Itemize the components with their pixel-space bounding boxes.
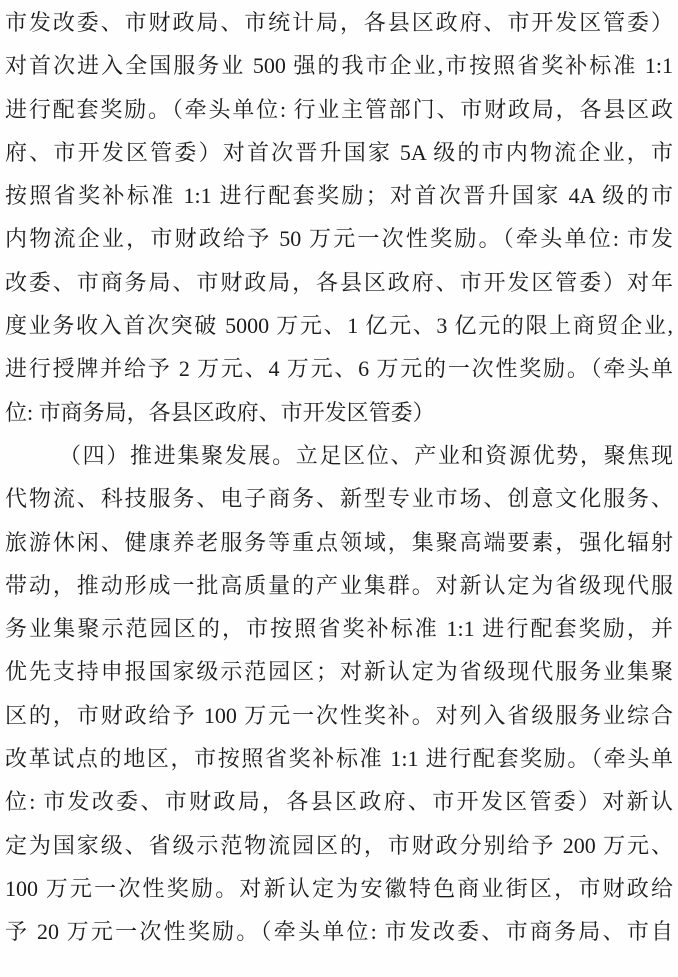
text-line: 旅游休闲、健康养老服务等重点领域，集聚高端要素，强化辐射 xyxy=(5,521,673,564)
text-line: 内物流企业，市财政给予 50 万元一次性奖励。（牵头单位: 市发 xyxy=(5,217,673,260)
text-line: 区的，市财政给予 100 万元一次性奖补。对列入省级服务业综合 xyxy=(5,694,673,737)
text-line: 位: 市发改委、市财政局，各县区政府、市开发区管委）对新认 xyxy=(5,780,673,823)
text-line: 改委、市商务局、市财政局，各县区政府、市开发区管委）对年 xyxy=(5,261,673,304)
text-line: 务业集聚示范园区的，市按照省奖补标准 1:1 进行配套奖励，并 xyxy=(5,607,673,650)
text-line: 改革试点的地区，市按照省奖补标准 1:1 进行配套奖励。（牵头单 xyxy=(5,737,673,780)
text-line: 位: 市商务局，各县区政府、市开发区管委） xyxy=(5,391,673,434)
text-line: 度业务收入首次突破 5000 万元、1 亿元、3 亿元的限上商贸企业, xyxy=(5,304,673,347)
text-line: 100 万元一次性奖励。对新认定为安徽特色商业街区，市财政给 xyxy=(5,867,673,910)
text-line: 代物流、科技服务、电子商务、新型专业市场、创意文化服务、 xyxy=(5,477,673,520)
text-line: 定为国家级、省级示范物流园区的，市财政分别给予 200 万元、 xyxy=(5,824,673,867)
text-line: 进行配套奖励。（牵头单位: 行业主管部门、市财政局，各县区政 xyxy=(5,88,673,131)
text-line: 市发改委、市财政局、市统计局，各县区政府、市开发区管委） xyxy=(5,1,673,44)
text-line: 带动，推动形成一批高质量的产业集群。对新认定为省级现代服 xyxy=(5,564,673,607)
text-line: 优先支持申报国家级示范园区；对新认定为省级现代服务业集聚 xyxy=(5,650,673,693)
text-line: 府、市开发区管委）对首次晋升国家 5A 级的市内物流企业，市 xyxy=(5,131,673,174)
text-line: 按照省奖补标准 1:1 进行配套奖励；对首次晋升国家 4A 级的市 xyxy=(5,174,673,217)
document-page: 市发改委、市财政局、市统计局，各县区政府、市开发区管委）对首次进入全国服务业 5… xyxy=(0,0,678,977)
text-line: 对首次进入全国服务业 500 强的我市企业,市按照省奖补标准 1:1 xyxy=(5,44,673,87)
text-block: 市发改委、市财政局、市统计局，各县区政府、市开发区管委）对首次进入全国服务业 5… xyxy=(0,0,678,954)
text-line: 予 20 万元一次性奖励。（牵头单位: 市发改委、市商务局、市自 xyxy=(5,910,673,953)
text-line: （四）推进集聚发展。立足区位、产业和资源优势，聚焦现 xyxy=(5,434,673,477)
text-line: 进行授牌并给予 2 万元、4 万元、6 万元的一次性奖励。（牵头单 xyxy=(5,347,673,390)
